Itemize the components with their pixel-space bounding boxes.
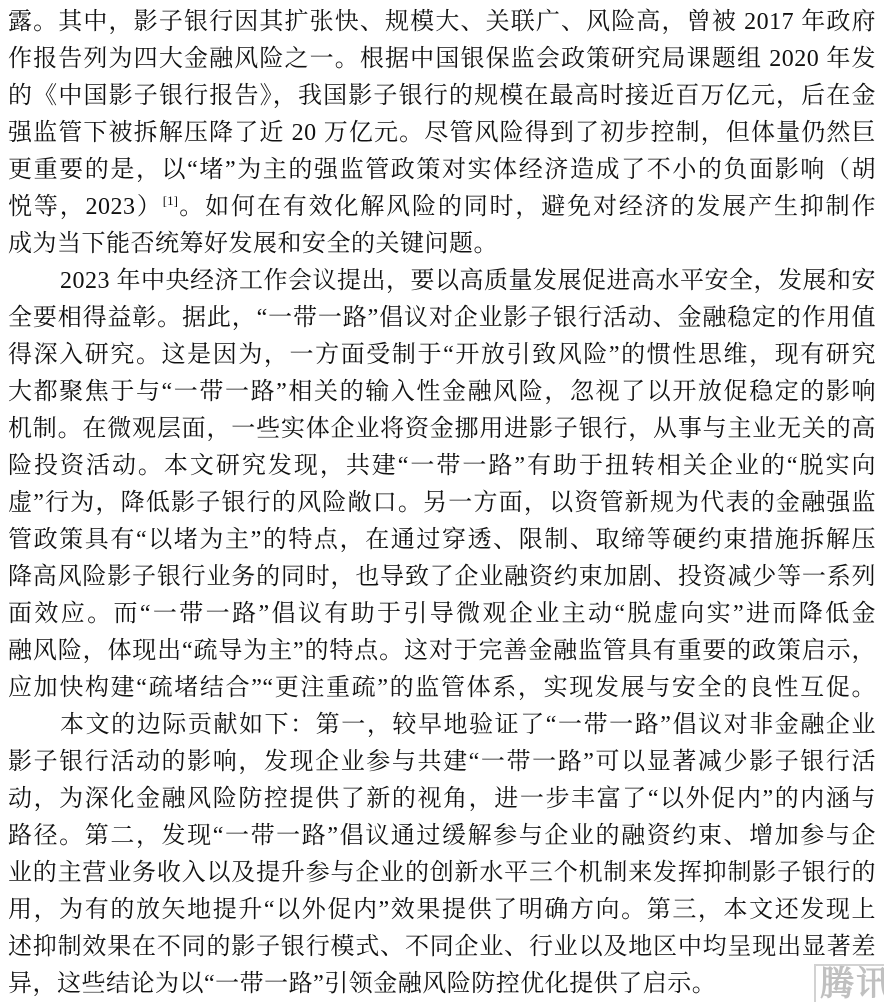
text-line: 作报告列为四大金融风险之一。根据中国银保监会政策研究局课题组 2020 年发布 [8, 41, 876, 78]
watermark-seal: 腾讯 [814, 964, 884, 1002]
paper-page: 露。其中，影子银行因其扩张快、规模大、关联广、风险高，曾被 2017 年政府工 … [0, 0, 884, 1002]
text-line: 降高风险影子银行业务的同时，也导致了企业融资约束加剧、投资减少等一系列负 [8, 559, 876, 596]
text-line: 虚”行为，降低影子银行的风险敞口。另一方面，以资管新规为代表的金融强监 [8, 485, 876, 522]
text-line: 本文的边际贡献如下：第一，较早地验证了“一带一路”倡议对非金融企业 [8, 707, 876, 744]
text-line: 面效应。而“一带一路”倡议有助于引导微观企业主动“脱虚向实”进而降低金 [8, 596, 876, 633]
text-line-with-footnote: 悦等，2023）[1]。如何在有效化解风险的同时，避免对经济的发展产生抑制作用， [8, 189, 876, 226]
text-line: 险投资活动。本文研究发现，共建“一带一路”有助于扭转相关企业的“脱实向 [8, 448, 876, 485]
text-line: 2023 年中央经济工作会议提出，要以高质量发展促进高水平安全，发展和安 [8, 263, 876, 300]
text-line: 露。其中，影子银行因其扩张快、规模大、关联广、风险高，曾被 2017 年政府工 [8, 4, 876, 41]
paragraph-1: 露。其中，影子银行因其扩张快、规模大、关联广、风险高，曾被 2017 年政府工 … [8, 4, 876, 263]
citation-text: 悦等，2023） [8, 194, 163, 220]
text-line: 融风险，体现出“疏导为主”的特点。这对于完善金融监管具有重要的政策启示， [8, 633, 876, 670]
text-line: 应加快构建“疏堵结合”“更注重疏”的监管体系，实现发展与安全的良性互促。 [8, 670, 876, 707]
text-line: 动，为深化金融风险防控提供了新的视角，进一步丰富了“以外促内”的内涵与 [8, 781, 876, 818]
text-line: 影子银行活动的影响，发现企业参与共建“一带一路”可以显著减少影子银行活 [8, 744, 876, 781]
text-line: 更重要的是，以“堵”为主的强监管政策对实体经济造成了不小的负面影响（胡 [8, 152, 876, 189]
paragraph-2: 2023 年中央经济工作会议提出，要以高质量发展促进高水平安全，发展和安 全要相… [8, 263, 876, 707]
text-line: 异，这些结论为以“一带一路”引领金融风险防控优化提供了启示。 [8, 966, 876, 1002]
text-line: 管政策具有“以堵为主”的特点，在通过穿透、限制、取缔等硬约束措施拆解压 [8, 522, 876, 559]
text-line: 的《中国影子银行报告》，我国影子银行的规模在最高时接近百万亿元，后在金融 [8, 78, 876, 115]
text-line: 用，为有的放矢地提升“以外促内”效果提供了明确方向。第三，本文还发现上 [8, 892, 876, 929]
text-line: 机制。在微观层面，一些实体企业将资金挪用进影子银行，从事与主业无关的高风 [8, 411, 876, 448]
body-text: 露。其中，影子银行因其扩张快、规模大、关联广、风险高，曾被 2017 年政府工 … [8, 4, 876, 1002]
text-line: 路径。第二，发现“一带一路”倡议通过缓解参与企业的融资约束、增加参与企 [8, 818, 876, 855]
text-line: 述抑制效果在不同的影子银行模式、不同企业、行业以及地区中均呈现出显著差 [8, 929, 876, 966]
paragraph-3: 本文的边际贡献如下：第一，较早地验证了“一带一路”倡议对非金融企业 影子银行活动… [8, 707, 876, 1002]
text-line: 业的主营业务收入以及提升参与企业的创新水平三个机制来发挥抑制影子银行的作 [8, 855, 876, 892]
text-line: 全要相得益彰。据此，“一带一路”倡议对企业影子银行活动、金融稳定的作用值 [8, 300, 876, 337]
text-line: 得深入研究。这是因为，一方面受制于“开放引致风险”的惯性思维，现有研究 [8, 337, 876, 374]
footnote-reference-1: [1] [163, 193, 178, 208]
text-line: 大都聚焦于与“一带一路”相关的输入性金融风险，忽视了以开放促稳定的影响 [8, 374, 876, 411]
text-line: 强监管下被拆解压降了近 20 万亿元。尽管风险得到了初步控制，但体量仍然巨大。 [8, 115, 876, 152]
text-line: 成为当下能否统筹好发展和安全的关键问题。 [8, 226, 876, 263]
